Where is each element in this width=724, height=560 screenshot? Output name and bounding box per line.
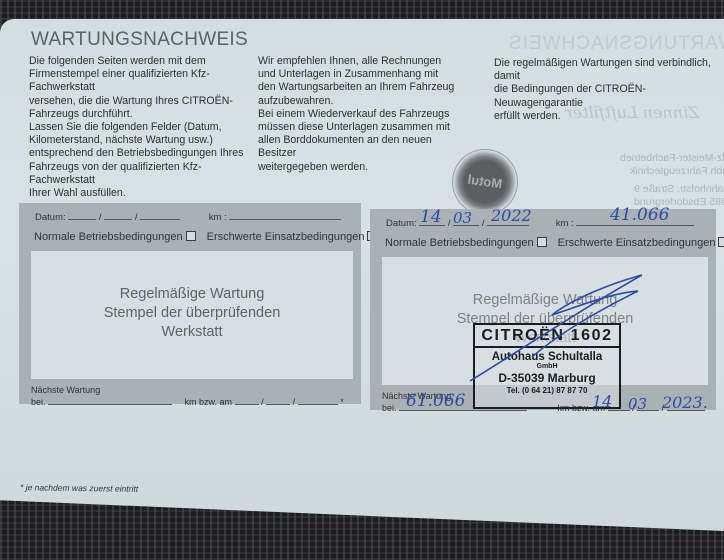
normal-conditions-checkbox[interactable]	[186, 231, 196, 241]
severe-conditions-checkbox[interactable]	[718, 237, 724, 247]
date-km-row: Datum: / / km :	[35, 210, 341, 223]
date-year-field[interactable]	[140, 210, 180, 220]
bleed-through-address-1: Kfz-Meister-Fachbetrieb	[620, 152, 724, 165]
service-entry-1: Datum: / / km : Normale Betriebsbedingun…	[19, 203, 361, 404]
date-day-field[interactable]: 14	[420, 207, 442, 227]
service-entry-2: Datum: / / km : 14 03 2022 41.066 Normal…	[370, 209, 716, 410]
next-service-year-field[interactable]	[298, 396, 338, 405]
next-service-km-field[interactable]: 61.066	[406, 391, 465, 411]
maintenance-record-page: WARTUNGSNACHWEIS Zinnen Luftfilter Kfz-M…	[0, 19, 724, 531]
page-title: WARTUNGSNACHWEIS	[31, 29, 248, 51]
normal-conditions-label: Normale Betriebsbedingungen	[385, 237, 534, 249]
next-service-day-field[interactable]: 14	[592, 392, 612, 411]
normal-conditions-checkbox[interactable]	[537, 237, 547, 247]
normal-conditions-label: Normale Betriebsbedingungen	[34, 231, 183, 243]
severe-conditions-label: Erschwerte Einsatzbedingungen	[558, 237, 716, 249]
intro-text-right: Die regelmäßigen Wartungen sind verbindl…	[494, 57, 724, 123]
next-service-km-field[interactable]	[48, 396, 172, 405]
next-service-row: Nächste Wartung bei. km bzw. am / / *	[31, 384, 344, 408]
intro-text-middle: Wir empfehlen Ihnen, alle Rechnungen und…	[258, 55, 458, 174]
bleed-through-address-3: Bahnhofstr. Straße 9	[634, 183, 724, 196]
bleed-through-address-2: Gmbh Fahrzeugtechnik	[630, 165, 724, 178]
bleed-through-title: WARTUNGSNACHWEIS	[508, 33, 724, 55]
next-service-month-field[interactable]: 03	[628, 395, 647, 413]
km-label: km :	[556, 218, 574, 229]
next-service-day-field[interactable]	[235, 396, 259, 405]
date-label: Datum:	[35, 212, 66, 223]
date-year-field[interactable]: 2022	[491, 206, 532, 225]
date-month-field[interactable]: 03	[453, 209, 472, 227]
stamp-placeholder-text: Regelmäßige Wartung Stempel der überprüf…	[31, 285, 353, 342]
signature-icon	[462, 269, 652, 385]
next-service-month-field[interactable]	[266, 396, 290, 405]
next-service-label: Nächste Wartung	[31, 384, 344, 396]
workshop-stamp-area: Regelmäßige Wartung Stempel der überprüf…	[31, 251, 353, 379]
date-day-field[interactable]	[68, 210, 96, 220]
severe-conditions-label: Erschwerte Einsatzbedingungen	[207, 231, 365, 243]
workshop-stamp-area: Regelmäßige Wartung Stempel der überprüf…	[382, 257, 708, 385]
intro-text-left: Die folgenden Seiten werden mit dem Firm…	[29, 55, 264, 200]
km-label: km :	[209, 212, 227, 223]
footnote: * je nachdem was zuerst eintritt	[20, 482, 138, 494]
km-field[interactable]	[229, 210, 341, 220]
next-service-year-field[interactable]: 2023.	[662, 393, 708, 412]
conditions-row: Normale Betriebsbedingungen Erschwerte E…	[385, 237, 724, 249]
km-field[interactable]: 41.066	[610, 205, 669, 225]
date-label: Datum:	[386, 218, 417, 229]
km-or-on-label: km bzw. am	[185, 397, 233, 407]
conditions-row: Normale Betriebsbedingungen Erschwerte E…	[34, 231, 377, 243]
date-month-field[interactable]	[104, 210, 132, 220]
